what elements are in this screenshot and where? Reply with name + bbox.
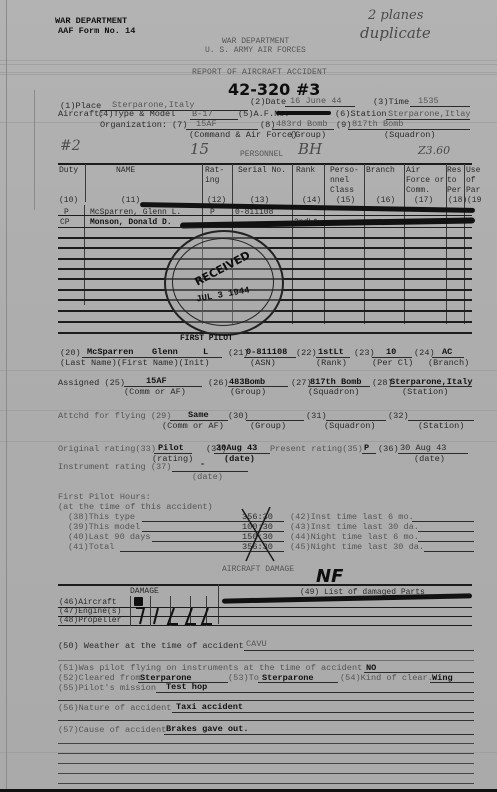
original-date-caption: (date) [224, 454, 255, 464]
pilot-last-name: McSparren [87, 347, 133, 357]
handwritten-z360: Z3.60 [418, 144, 450, 157]
cause-value: Brakes gave out. [166, 724, 249, 734]
attached-label: Attchd for flying (29) [58, 411, 171, 421]
col-num-10: (10) [59, 196, 78, 206]
instrument-rating-value: - [200, 459, 205, 469]
organization-label: Organization: [100, 120, 167, 130]
handwritten-number-2: #2 [60, 138, 81, 154]
cause-label: (57)Cause of accident [58, 725, 166, 735]
col-name: NAME [116, 166, 135, 176]
present-rating-label: Present rating(35) [270, 444, 363, 454]
date-value: 16 June 44 [290, 96, 342, 106]
per-cl-value: 10 [386, 347, 396, 357]
received-stamp [164, 230, 284, 336]
col-personnel-class: Perso-nnel Class [330, 166, 364, 196]
time-label: (3)Time [373, 97, 409, 107]
accident-report-page: WAR DEPARTMENT AAF Form No. 14 WAR DEPAR… [0, 0, 497, 792]
clearance-kind-label: (54)Kind of clear. [340, 673, 433, 683]
weather-value: CAVU [246, 639, 267, 649]
assigned-comm-value: 15AF [146, 376, 167, 386]
instrument-rating-caption: (date) [192, 472, 223, 482]
branch-caption: (Branch) [428, 358, 469, 368]
present-date-value: 30 Aug 43 [400, 443, 446, 453]
inst-30da-label: (43)Inst time last 30 da. [290, 522, 419, 532]
col-num-16: (16) [376, 196, 395, 206]
col-num-19: (19 [467, 196, 481, 206]
handwritten-15: 15 [190, 140, 209, 158]
rank-value: 1stLt [318, 347, 344, 357]
col-num-18: (18) [448, 196, 467, 206]
col-num-11: (11) [121, 196, 140, 206]
hours-total-label: (41)Total [68, 542, 114, 552]
type-model-label: (4)Type & Model [98, 109, 175, 119]
command-caption: (Command & Air Force) [189, 130, 297, 140]
date-label: (2)Date [250, 97, 286, 107]
col-res-to-per: Res to Per [447, 166, 465, 196]
attached-station-label: (32) [388, 411, 409, 421]
mission-label: (55)Pilot's mission [58, 683, 156, 693]
col-duty: Duty [59, 166, 85, 176]
hours-this-type-label: (38)This type [68, 512, 135, 522]
damage-check-marks [132, 604, 222, 626]
original-rating-label: Original rating(33) [58, 444, 156, 454]
af-number-redaction [276, 111, 331, 115]
form-number: AAF Form No. 14 [58, 26, 135, 36]
hours-heading: First Pilot Hours: [58, 492, 151, 502]
present-date-caption: (date) [414, 454, 445, 464]
branch-value: AC [442, 347, 452, 357]
asn-value: 0-811108 [246, 347, 287, 357]
pilot-name-caption: (Last Name)(First Name)(Init) [60, 358, 210, 368]
instrument-rating-label: Instrument rating (37) [58, 462, 171, 472]
hours-last-90-label: (40)Last 90 days [68, 532, 151, 542]
per-cl-caption: (Per Cl) [372, 358, 413, 368]
assigned-group-label: (26) [208, 378, 229, 388]
assigned-comm-caption: (Comm or AF) [124, 387, 186, 397]
attached-comm-caption: (Comm or AF) [162, 421, 224, 431]
original-date-value: 30Aug 43 [216, 443, 257, 453]
night-6mo-label: (44)Night time last 6 mo. [290, 532, 419, 542]
command-value: 15AF [196, 119, 217, 129]
col-branch: Branch [366, 166, 395, 176]
assigned-label: Assigned (25) [58, 378, 125, 388]
damage-col-label: DAMAGE [130, 587, 159, 597]
present-rating-value: P [364, 443, 369, 453]
col-rank: Rank [296, 166, 315, 176]
col-num-15: (15) [336, 196, 355, 206]
row-name: McSparren, Glenn L. [90, 208, 181, 218]
cleared-to-label: (53)To [228, 673, 259, 683]
nature-label: (56)Nature of accident [58, 703, 171, 713]
station-label: (6)Station [335, 109, 387, 119]
handwritten-note-duplicate: duplicate [360, 24, 431, 42]
time-value: 1535 [418, 96, 439, 106]
attached-group-caption: (Group) [250, 421, 286, 431]
report-title: REPORT OF AIRCRAFT ACCIDENT [192, 68, 327, 78]
assigned-group-caption: (Group) [230, 387, 266, 397]
assigned-squadron-caption: (Squadron) [308, 387, 360, 397]
pilot-first-name: Glenn [152, 347, 178, 357]
station-value: Sterparone,Itlay [388, 109, 471, 119]
weather-label: (50) Weather at the time of accident [58, 641, 244, 651]
type-model-value: B-17 [192, 109, 213, 119]
pilot-name-label: (20) [60, 348, 81, 358]
night-30da-label: (45)Night time last 30 da. [290, 542, 424, 552]
col-serial: Serial No. [238, 166, 286, 176]
attached-station-caption: (Station) [418, 421, 464, 431]
war-department-label: WAR DEPARTMENT [55, 16, 127, 26]
row-serial: 0-811108 [235, 208, 273, 218]
present-date-label: (36) [378, 444, 399, 454]
personnel-title: PERSONNEL [240, 150, 283, 160]
instruments-label: (51)Was pilot flying on instruments at t… [58, 663, 362, 673]
col-num-17: (17) [414, 196, 433, 206]
hours-subheading: (at the time of this accident) [58, 502, 213, 512]
group-caption: (Group) [290, 130, 326, 140]
cleared-from-label: (52)Cleared from [58, 673, 141, 683]
attached-squadron-label: (31) [306, 411, 327, 421]
squadron-value: 817th Bomb [352, 119, 404, 129]
col-air-force: Air Force or Comm. [406, 166, 448, 196]
nature-value: Taxi accident [176, 702, 243, 712]
col-use-of-par: Use of Par [466, 166, 486, 196]
original-rating-value: Pilot [158, 443, 184, 453]
row-rating: P [210, 208, 215, 218]
group-value: 483rd Bomb [276, 119, 328, 129]
rank-caption: (Rank) [316, 358, 347, 368]
attached-squadron-caption: (Squadron) [324, 421, 376, 431]
pilot-initial: L [203, 347, 208, 357]
col-rating: Rat-ing [205, 166, 231, 186]
center-forces: U. S. ARMY AIR FORCES [205, 46, 306, 56]
mission-value: Test hop [166, 682, 207, 692]
hours-this-model-label: (39)This model [68, 522, 140, 532]
inst-6mo-label: (42)Inst time last 6 mo. [290, 512, 414, 522]
assigned-station-caption: (Station) [402, 387, 448, 397]
handwritten-bh: BH [298, 140, 322, 158]
rank-label: (22) [296, 348, 317, 358]
handwritten-note-planes: 2 planes [368, 8, 423, 23]
hours-crossed-out-mark [238, 505, 278, 563]
squadron-caption: (Squadron) [384, 130, 436, 140]
aircraft-damage-title: AIRCRAFT DAMAGE [222, 565, 294, 575]
row-duty: P [64, 208, 69, 218]
first-pilot-heading: FIRST PILOT [180, 334, 233, 344]
attached-comm-value: Same [188, 410, 209, 420]
asn-caption: (ASN) [250, 358, 276, 368]
